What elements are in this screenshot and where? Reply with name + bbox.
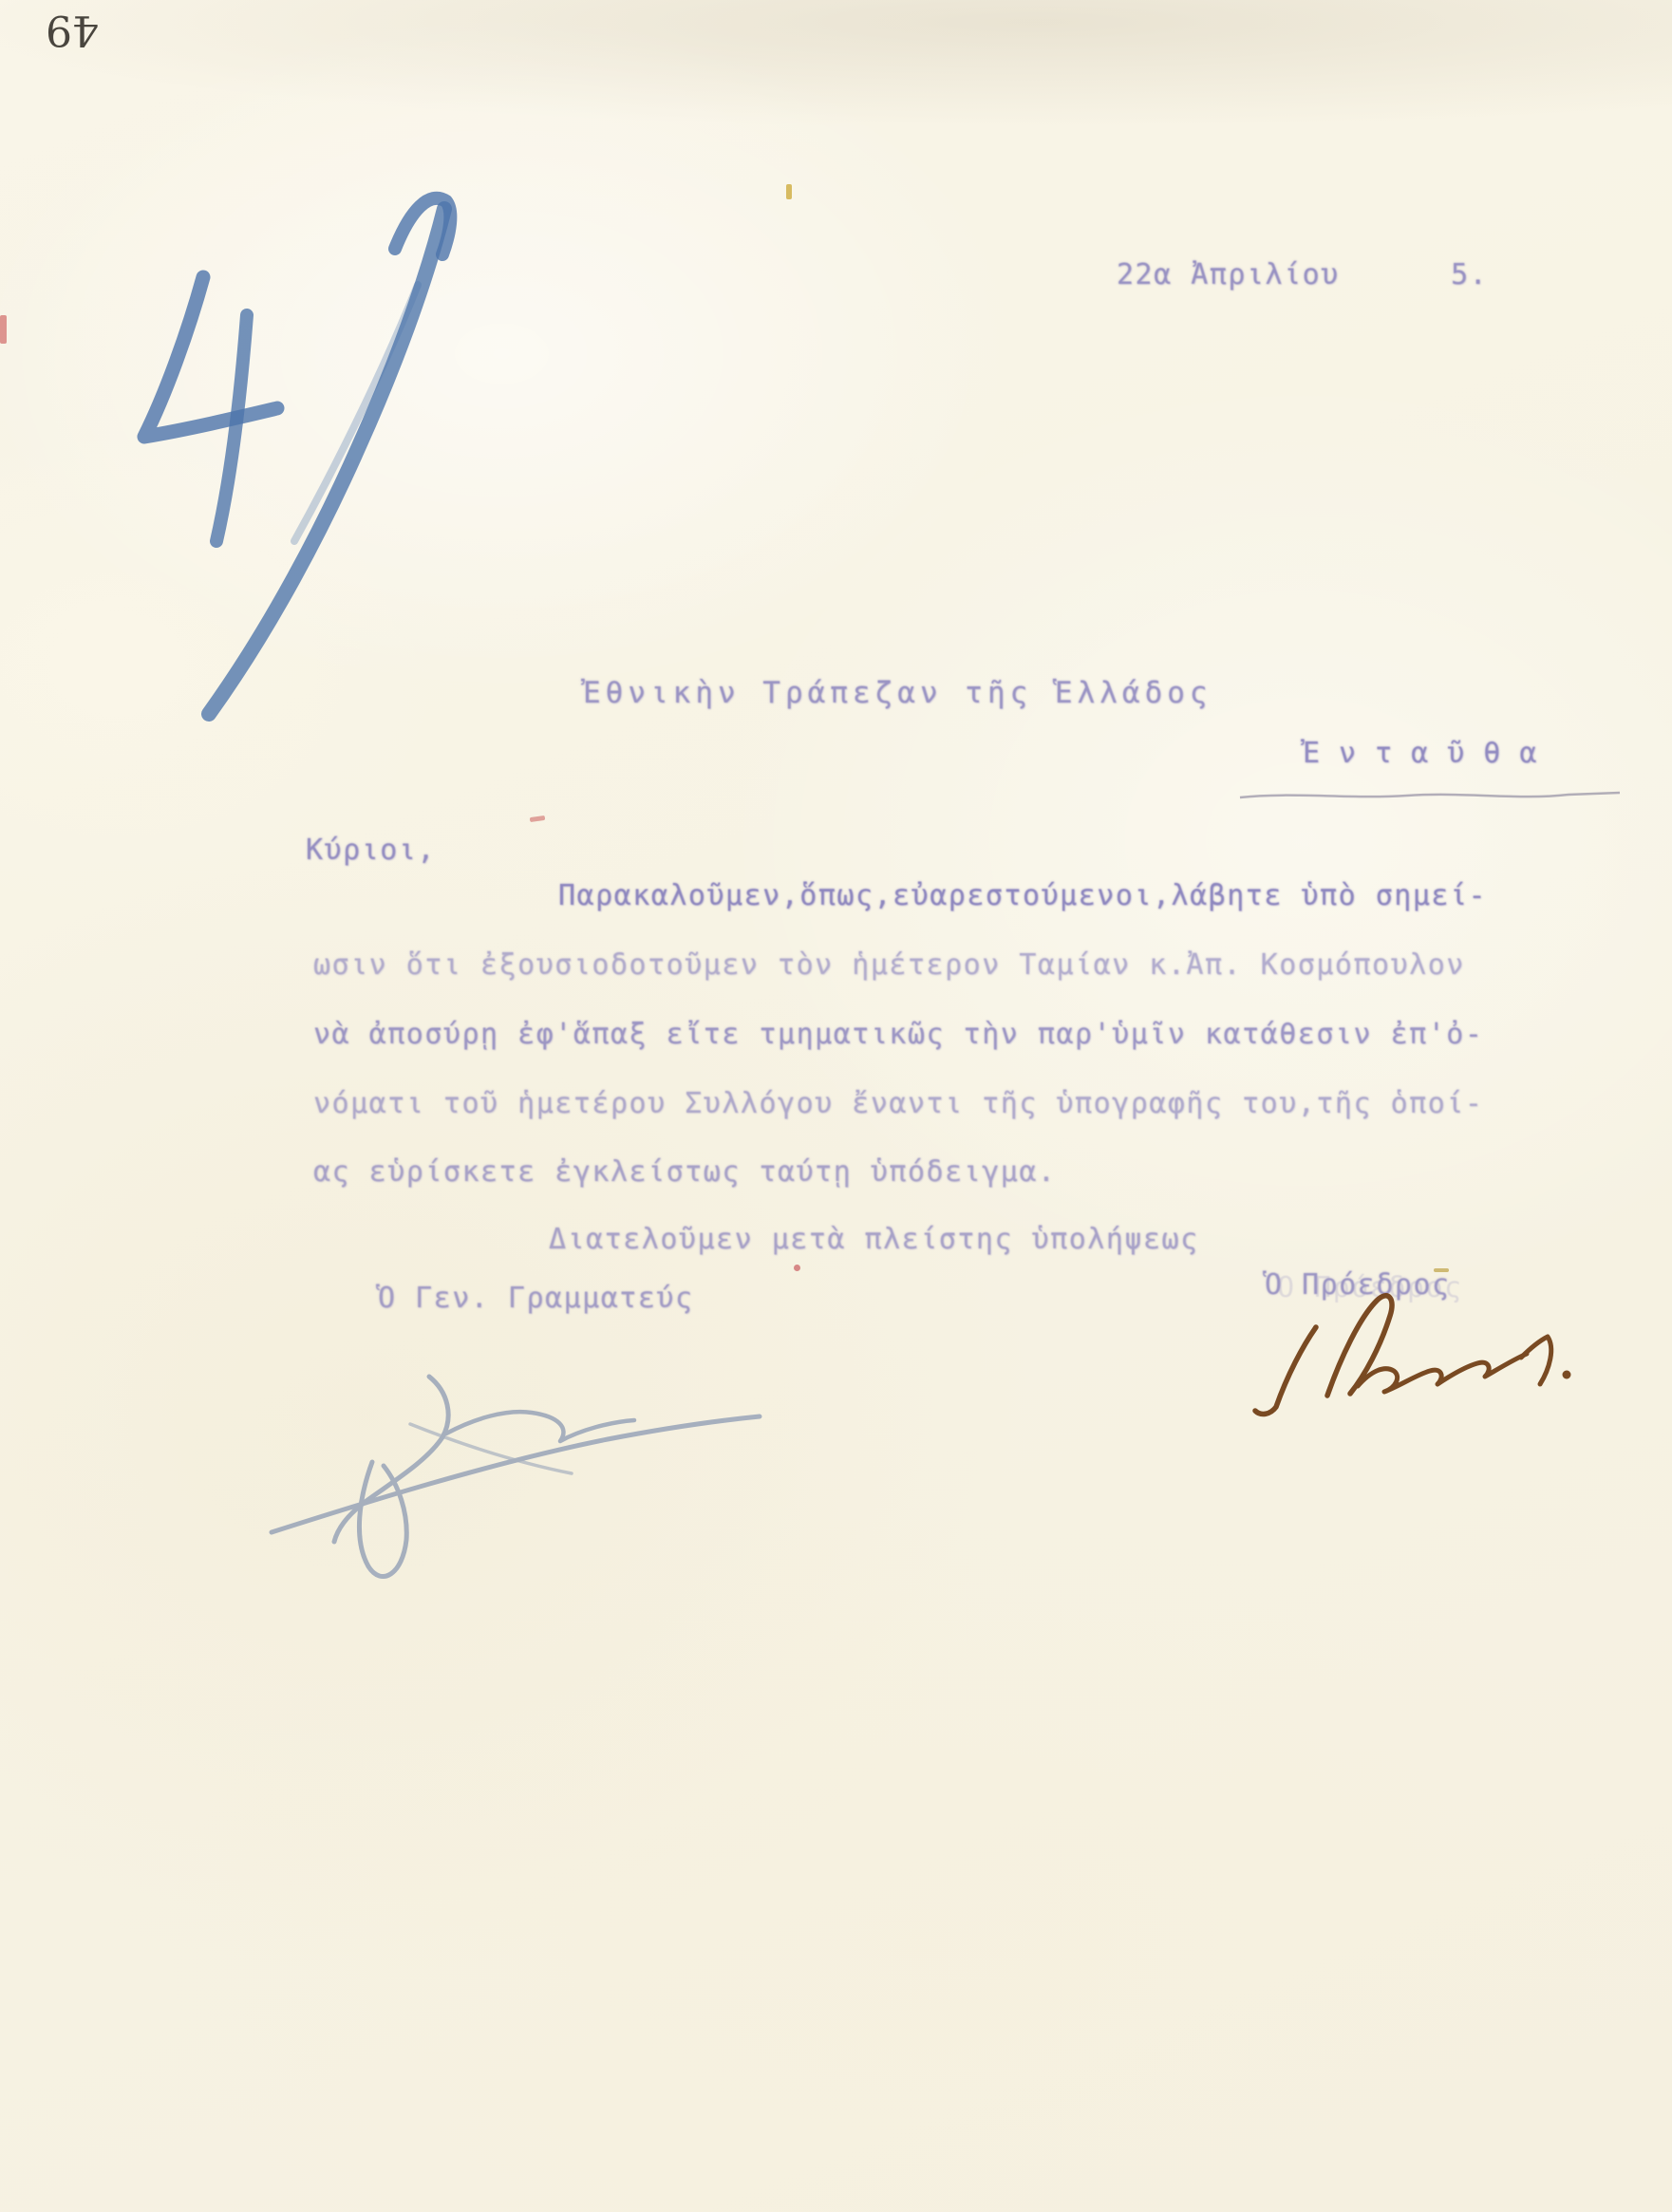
- president-title: Ὁ Πρόεδρος: [1265, 1268, 1451, 1302]
- recipient-line: Ἐθνικὴν Τράπεζαν τῆς Ἑλλάδος: [583, 676, 1212, 710]
- body-line-2: ωσιν ὅτι ἐξουσιοδοτοῦμεν τὸν ἡμέτερον Τα…: [313, 948, 1465, 982]
- location-line: Ἐνταῦθα: [1303, 737, 1555, 770]
- body-line-3: νὰ ἀποσύρῃ ἐφ'ἅπαξ εἴτε τμηματικῶς τὴν π…: [313, 1018, 1483, 1051]
- paper-speck: [530, 815, 546, 822]
- secretary-signature: [272, 1377, 760, 1577]
- secretary-title: Ὁ Γεν. Γραμματεύς: [378, 1282, 694, 1315]
- paper-speck: [786, 184, 792, 199]
- closing-line: Διατελοῦμεν μετὰ πλείστης ὑπολήψεως: [549, 1223, 1199, 1256]
- salutation: Κύριοι,: [306, 834, 436, 867]
- letter-page: 49 22α Ἀπριλίου 5. Ἐθνικὴν Τράπεζαν τῆς …: [0, 0, 1672, 2212]
- paper-speck: [794, 1265, 800, 1271]
- paper-speck: [0, 315, 7, 344]
- body-line-4: νόματι τοῦ ἡμετέρου Συλλόγου ἔναντι τῆς …: [313, 1087, 1483, 1120]
- president-signature: [1255, 1296, 1571, 1415]
- paper-speck: [1434, 1268, 1449, 1272]
- location-underline: [1240, 793, 1620, 797]
- body-line-1: Παρακαλοῦμεν,ὅπως,εὐαρεστούμενοι,λάβητε …: [558, 879, 1487, 912]
- body-line-5: ας εὑρίσκετε ἐγκλείστως ταύτῃ ὑπόδειγμα.: [313, 1155, 1056, 1189]
- date-line: 22α Ἀπριλίου 5.: [1117, 258, 1488, 291]
- blue-pencil-annotation: [144, 198, 450, 714]
- archive-number-stamp: 49: [46, 6, 99, 54]
